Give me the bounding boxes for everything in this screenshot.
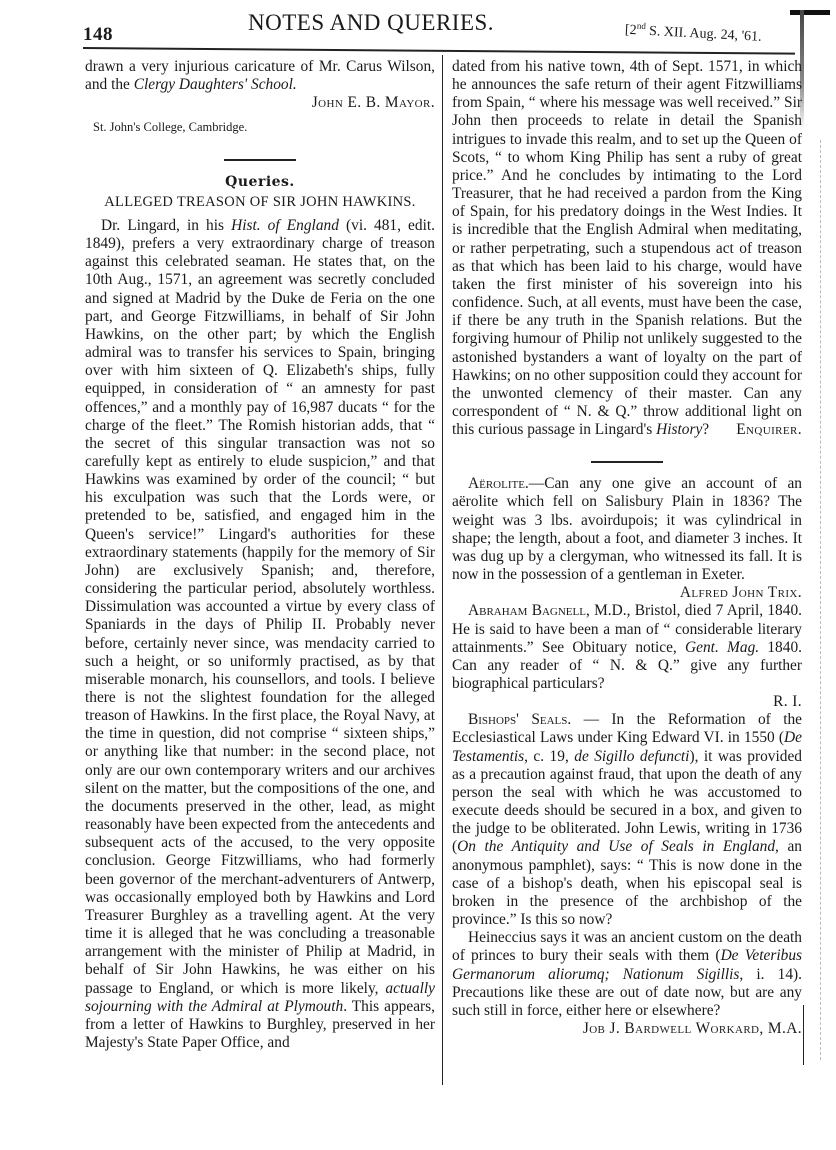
section-rule (591, 461, 663, 463)
query-bishops-seals-p2: Heineccius says it was an ancient custom… (452, 929, 802, 1020)
page-edge-right-rule (803, 1005, 804, 1065)
query-heading: Bishops' Seals. (468, 711, 571, 728)
article-title: ALLEGED TREASON OF SIR JOHN HAWKINS. (85, 193, 435, 211)
page-number: 148 (83, 24, 113, 46)
right-column: dated from his native town, 4th of Sept.… (452, 58, 802, 1038)
signature-trix: Alfred John Trix. (452, 584, 802, 602)
column-divider (442, 55, 443, 1085)
page-edge-mark (790, 10, 830, 15)
query-heading: Abraham Bagnell, (468, 602, 590, 619)
series-info: [2nd S. XII. Aug. 24, '61. (625, 20, 763, 46)
query-heading: Aërolite. (468, 475, 529, 492)
query-aerolite: Aërolite.—Can any one give an account of… (452, 475, 802, 584)
article-body: Dr. Lingard, in his Hist. of England (vi… (85, 217, 435, 1052)
signature-mayor: John E. B. Mayor. (85, 94, 435, 112)
continuation-paragraph: drawn a very injurious caricature of Mr.… (85, 58, 435, 94)
header-rule (83, 47, 795, 55)
signature-ri: R. I. (452, 693, 802, 711)
signature-enquirer: Enquirer. (736, 421, 802, 439)
section-heading-queries: Queries. (85, 173, 435, 191)
dateline: St. John's College, Cambridge. (93, 118, 435, 136)
signature-workard: Job J. Bardwell Workard, M.A. (452, 1020, 802, 1038)
running-title: NOTES AND QUERIES. (248, 10, 494, 36)
left-column: drawn a very injurious caricature of Mr.… (85, 58, 435, 1052)
section-rule (224, 159, 296, 161)
article-continuation: dated from his native town, 4th of Sept.… (452, 58, 802, 439)
query-bagnell: Abraham Bagnell, M.D., Bristol, died 7 A… (452, 602, 802, 693)
query-bishops-seals: Bishops' Seals. — In the Reformation of … (452, 711, 802, 929)
page-edge-dashes (820, 140, 822, 1060)
